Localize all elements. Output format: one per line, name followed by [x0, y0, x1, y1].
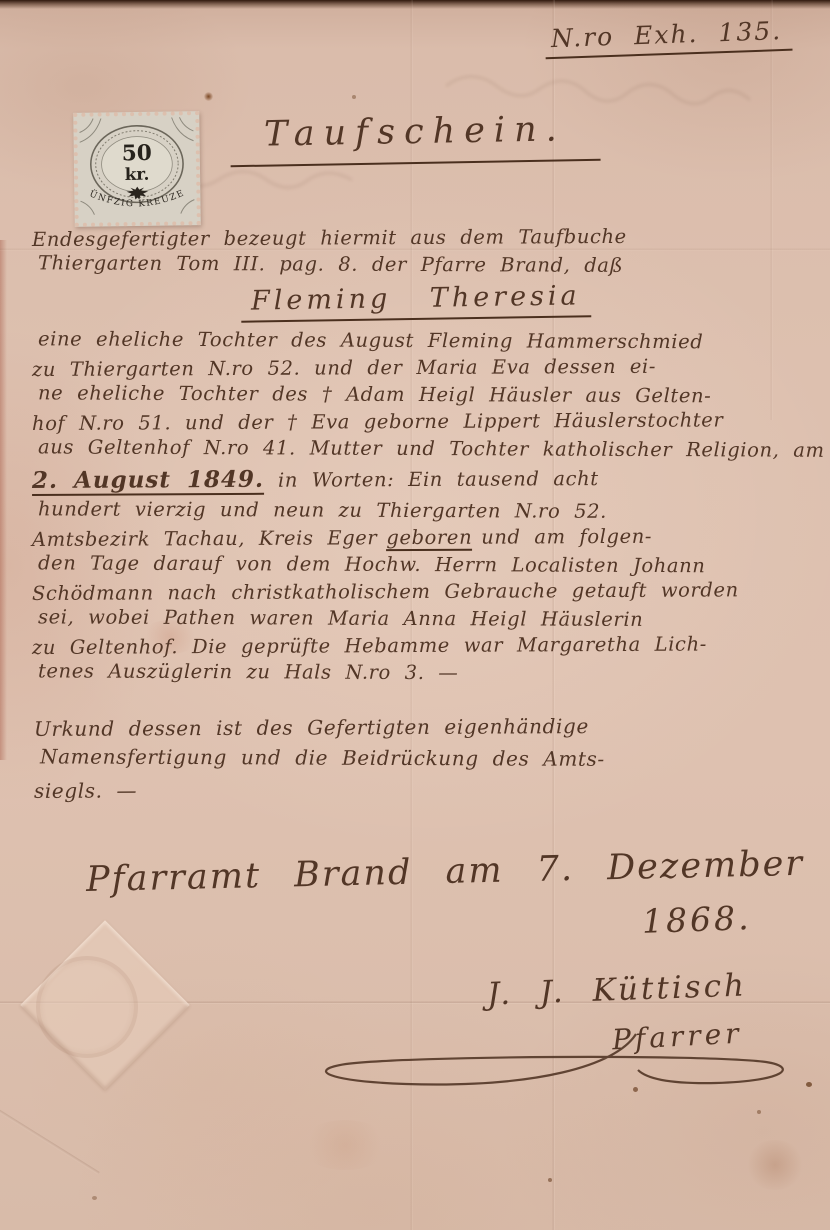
signature-flourish: [286, 1026, 806, 1106]
body-line: zu Geltenhof. Die geprüfte Hebamme war M…: [32, 630, 800, 661]
fold-line-corner: [0, 1108, 100, 1174]
body-paragraph: Endesgefertigter bezeugt hiermit aus dem…: [32, 224, 800, 686]
dateline-year: 1868.: [641, 898, 752, 941]
body-line-text: und am folgen-: [481, 525, 652, 549]
body-line: 2. August 1849.in Worten: Ein tausend ac…: [32, 460, 800, 499]
scanned-document-page: N.ro Exh. 135. 50 kr. FÜNFZIG KREUZER Ta…: [0, 0, 830, 1230]
body-line: tenes Auszüglerin zu Hals N.ro 3. —: [32, 657, 800, 687]
scan-edge-left: [0, 240, 7, 760]
closing-line: Urkund dessen ist des Gefertigten eigenh…: [34, 710, 774, 745]
body-line: hof N.ro 51. und der † Eva geborne Lippe…: [32, 406, 800, 437]
closing-paragraph: Urkund dessen ist des Gefertigten eigenh…: [34, 712, 774, 805]
stamp-value: 50: [122, 141, 152, 166]
stamp-unit: kr.: [125, 164, 150, 184]
stain-smudge: [745, 1140, 805, 1190]
body-line: Thiergarten Tom III. pag. 8. der Pfarre …: [32, 249, 800, 279]
stain-speck: [757, 1110, 761, 1114]
body-line: hundert vierzig und neun zu Thiergarten …: [32, 495, 800, 525]
closing-line: Namensfertigung und die Beidrückung des …: [34, 741, 774, 775]
signature-name: J. J. Küttisch: [431, 966, 802, 1015]
stain-speck: [806, 1082, 812, 1087]
stain-speck: [92, 1196, 97, 1200]
body-line: zu Thiergarten N.ro 52. und der Maria Ev…: [32, 352, 800, 383]
birth-name-line: Fleming Theresia: [241, 279, 591, 322]
closing-line: siegls. —: [34, 772, 774, 807]
body-line-text: in Worten: Ein tausend acht: [278, 467, 599, 492]
body-line: Schödmann nach christkatholischem Gebrau…: [32, 576, 800, 607]
body-line: ne eheliche Tochter des † Adam Heigl Häu…: [32, 379, 800, 409]
body-line: Endesgefertigter bezeugt hiermit aus dem…: [32, 222, 800, 253]
revenue-stamp-art: 50 kr. FÜNFZIG KREUZER: [77, 115, 196, 223]
document-title: Taufschein.: [230, 109, 601, 167]
birth-date-emphasis: 2. August 1849.: [32, 466, 264, 496]
body-line: Amtsbezirk Tachau, Kreis Egergeborenund …: [32, 522, 800, 553]
body-line: aus Geltenhof N.ro 41. Mutter und Tochte…: [32, 433, 800, 463]
body-line: sei, wobei Pathen waren Maria Anna Heigl…: [32, 603, 800, 633]
stain-smudge: [300, 1120, 390, 1170]
body-line: eine eheliche Tochter des August Fleming…: [32, 325, 800, 355]
stain-spot: [204, 92, 213, 101]
born-word-emphasis: geboren: [386, 526, 472, 551]
dateline-place: Pfarramt Brand am 7. Dezember: [86, 844, 797, 900]
embossed-seal-ring: [36, 956, 138, 1058]
revenue-stamp: 50 kr. FÜNFZIG KREUZER: [73, 111, 201, 227]
scan-edge-top: [0, 0, 830, 9]
body-line: den Tage darauf von dem Hochw. Herrn Loc…: [32, 549, 800, 579]
body-line-text: Amtsbezirk Tachau, Kreis Eger: [32, 526, 377, 551]
document-number: N.ro Exh. 135.: [544, 16, 792, 60]
